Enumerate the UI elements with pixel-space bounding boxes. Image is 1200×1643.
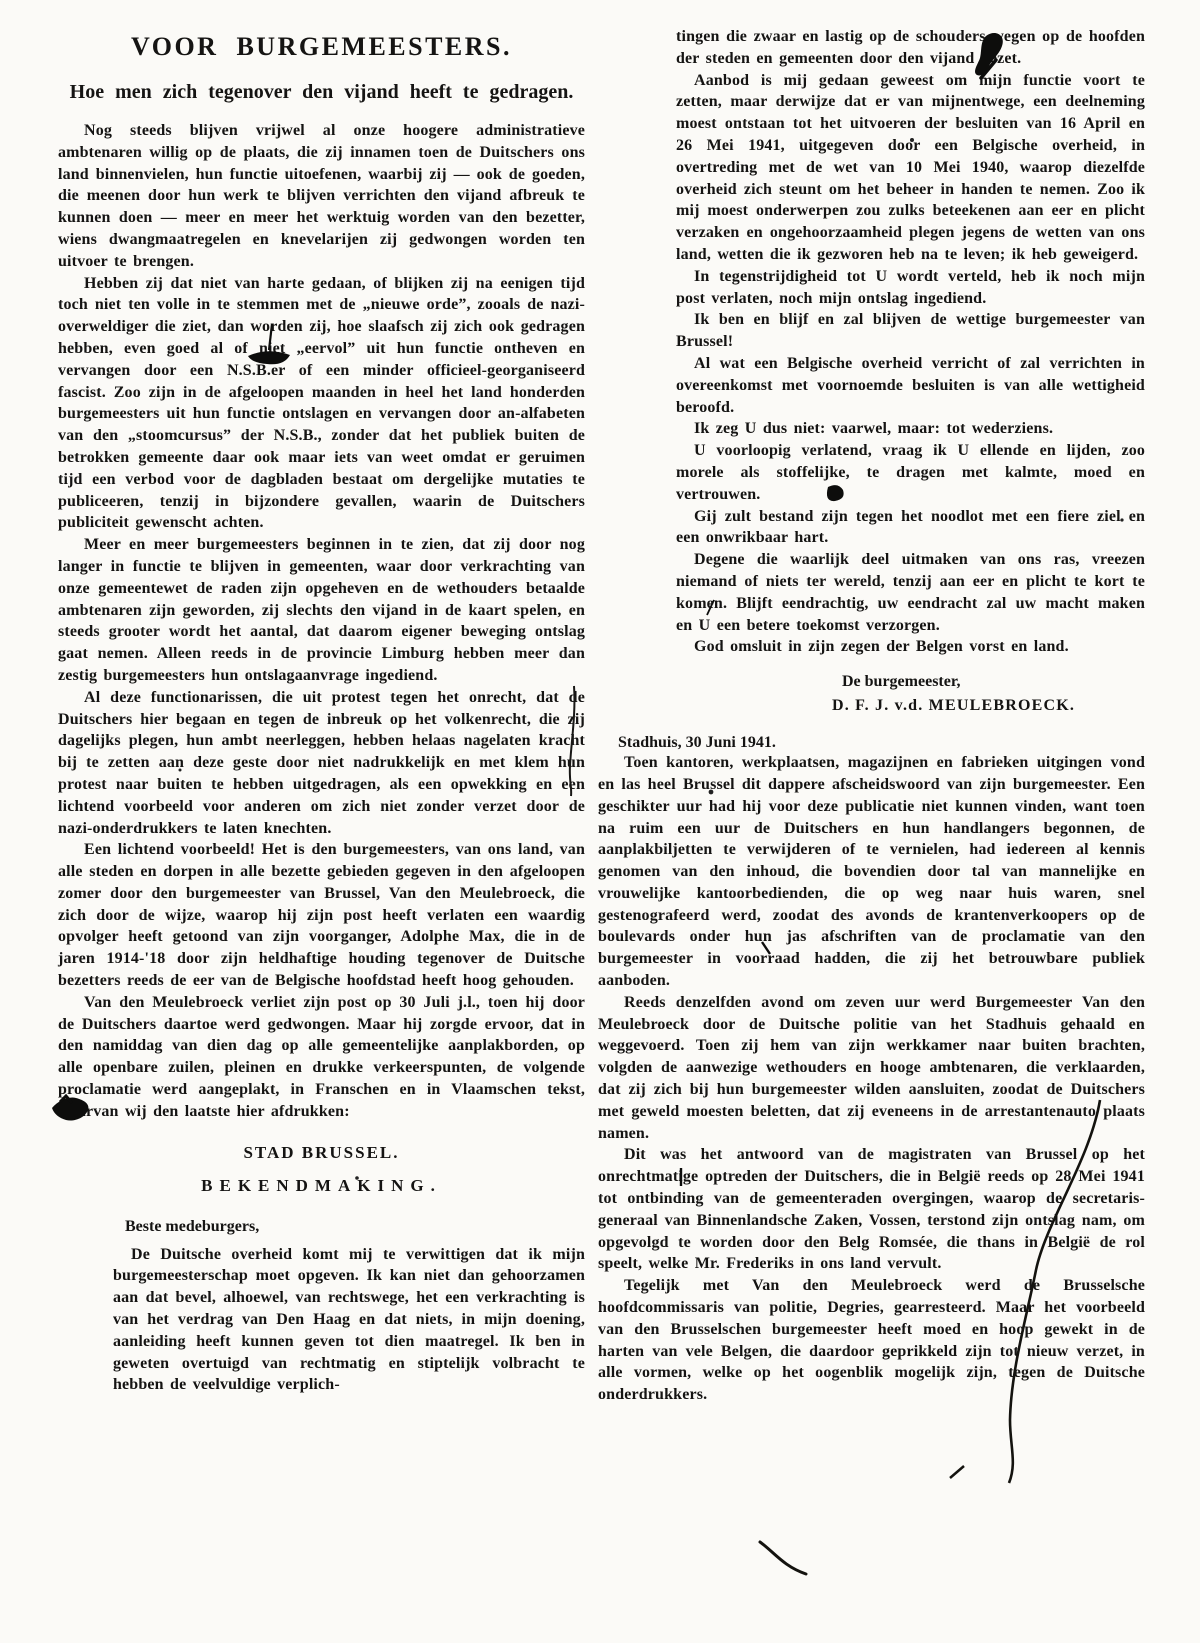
proclamation-paragraph: Al wat een Belgische overheid verricht o…	[676, 353, 1145, 418]
article-paragraph: Dit was het antwoord van de magistraten …	[598, 1144, 1145, 1275]
proclamation-paragraph: Aanbod is mij gedaan geweest om mijn fun…	[676, 70, 1145, 266]
proclamation-paragraph: Ik zeg U dus niet: vaarwel, maar: tot we…	[676, 418, 1145, 440]
proclamation-dateline: Stadhuis, 30 Juni 1941.	[618, 734, 1145, 752]
scanned-newspaper-page: VOOR BURGEMEESTERS. Hoe men zich tegenov…	[0, 0, 1200, 1643]
signature-block: De burgemeester, D. F. J. v.d. MEULEBROE…	[832, 670, 1145, 718]
proclamation-declaration: Ik ben en blijf en zal blijven de wettig…	[676, 309, 1145, 353]
article-paragraph: Meer en meer burgemeesters beginnen in t…	[58, 534, 585, 687]
proclamation-block-left: De Duitsche overheid komt mij te verwitt…	[58, 1244, 585, 1397]
signature-role: De burgemeester,	[832, 670, 1145, 694]
article-paragraph: Reeds denzelfden avond om zeven uur werd…	[598, 992, 1145, 1145]
pen-stroke	[950, 1466, 964, 1478]
proclamation-paragraph: In tegenstrijdigheid tot U wordt verteld…	[676, 266, 1145, 310]
unity-text: en U een betere toekomst verzorgen.	[676, 617, 940, 634]
article-subtitle: Hoe men zich tegenover den vijand heeft …	[58, 76, 585, 108]
proclamation-block-right: tingen die zwaar en lastig op de schoude…	[598, 26, 1145, 718]
signature-name: D. F. J. v.d. MEULEBROECK.	[832, 694, 1145, 718]
right-column: tingen die zwaar en lastig op de schoude…	[598, 26, 1145, 1406]
article-paragraph: Van den Meulebroeck verliet zijn post op…	[58, 992, 585, 1123]
proclamation-paragraph: tingen die zwaar en lastig op de schoude…	[676, 26, 1145, 70]
proclamation-heading-announcement: BEKENDMAKING.	[58, 1176, 585, 1196]
proclamation-salutation: Beste medeburgers,	[113, 1218, 585, 1236]
proclamation-paragraph: De Duitsche overheid komt mij te verwitt…	[113, 1244, 585, 1397]
article-paragraph: Een lichtend voorbeeld! Het is den burge…	[58, 839, 585, 992]
proclamation-paragraph: Gij zult bestand zijn tegen het noodlot …	[676, 506, 1145, 550]
article-paragraph: Toen kantoren, werkplaatsen, magazijnen …	[598, 752, 1145, 992]
article-paragraph: Nog steeds blijven vrijwel al onze hooge…	[58, 120, 585, 273]
proclamation-heading-city: STAD BRUSSEL.	[58, 1143, 585, 1163]
proclamation-paragraph: God omsluit in zijn zegen der Belgen vor…	[676, 636, 1145, 658]
pen-stroke	[760, 1542, 806, 1574]
article-paragraph: Hebben zij dat niet van harte gedaan, of…	[58, 273, 585, 535]
proclamation-paragraph: U voorloopig verlatend, vraag ik U ellen…	[676, 440, 1145, 505]
article-paragraph: Al deze functionarissen, die uit protest…	[58, 687, 585, 840]
proclamation-paragraph: Degene die waarlijk deel uitmaken van on…	[676, 549, 1145, 636]
left-column: VOOR BURGEMEESTERS. Hoe men zich tegenov…	[58, 26, 585, 1396]
unity-text-bold: eendracht zal uw macht maken	[908, 595, 1145, 612]
article-paragraph: Tegelijk met Van den Meulebroeck werd de…	[598, 1275, 1145, 1406]
article-title: VOOR BURGEMEESTERS.	[58, 32, 585, 62]
